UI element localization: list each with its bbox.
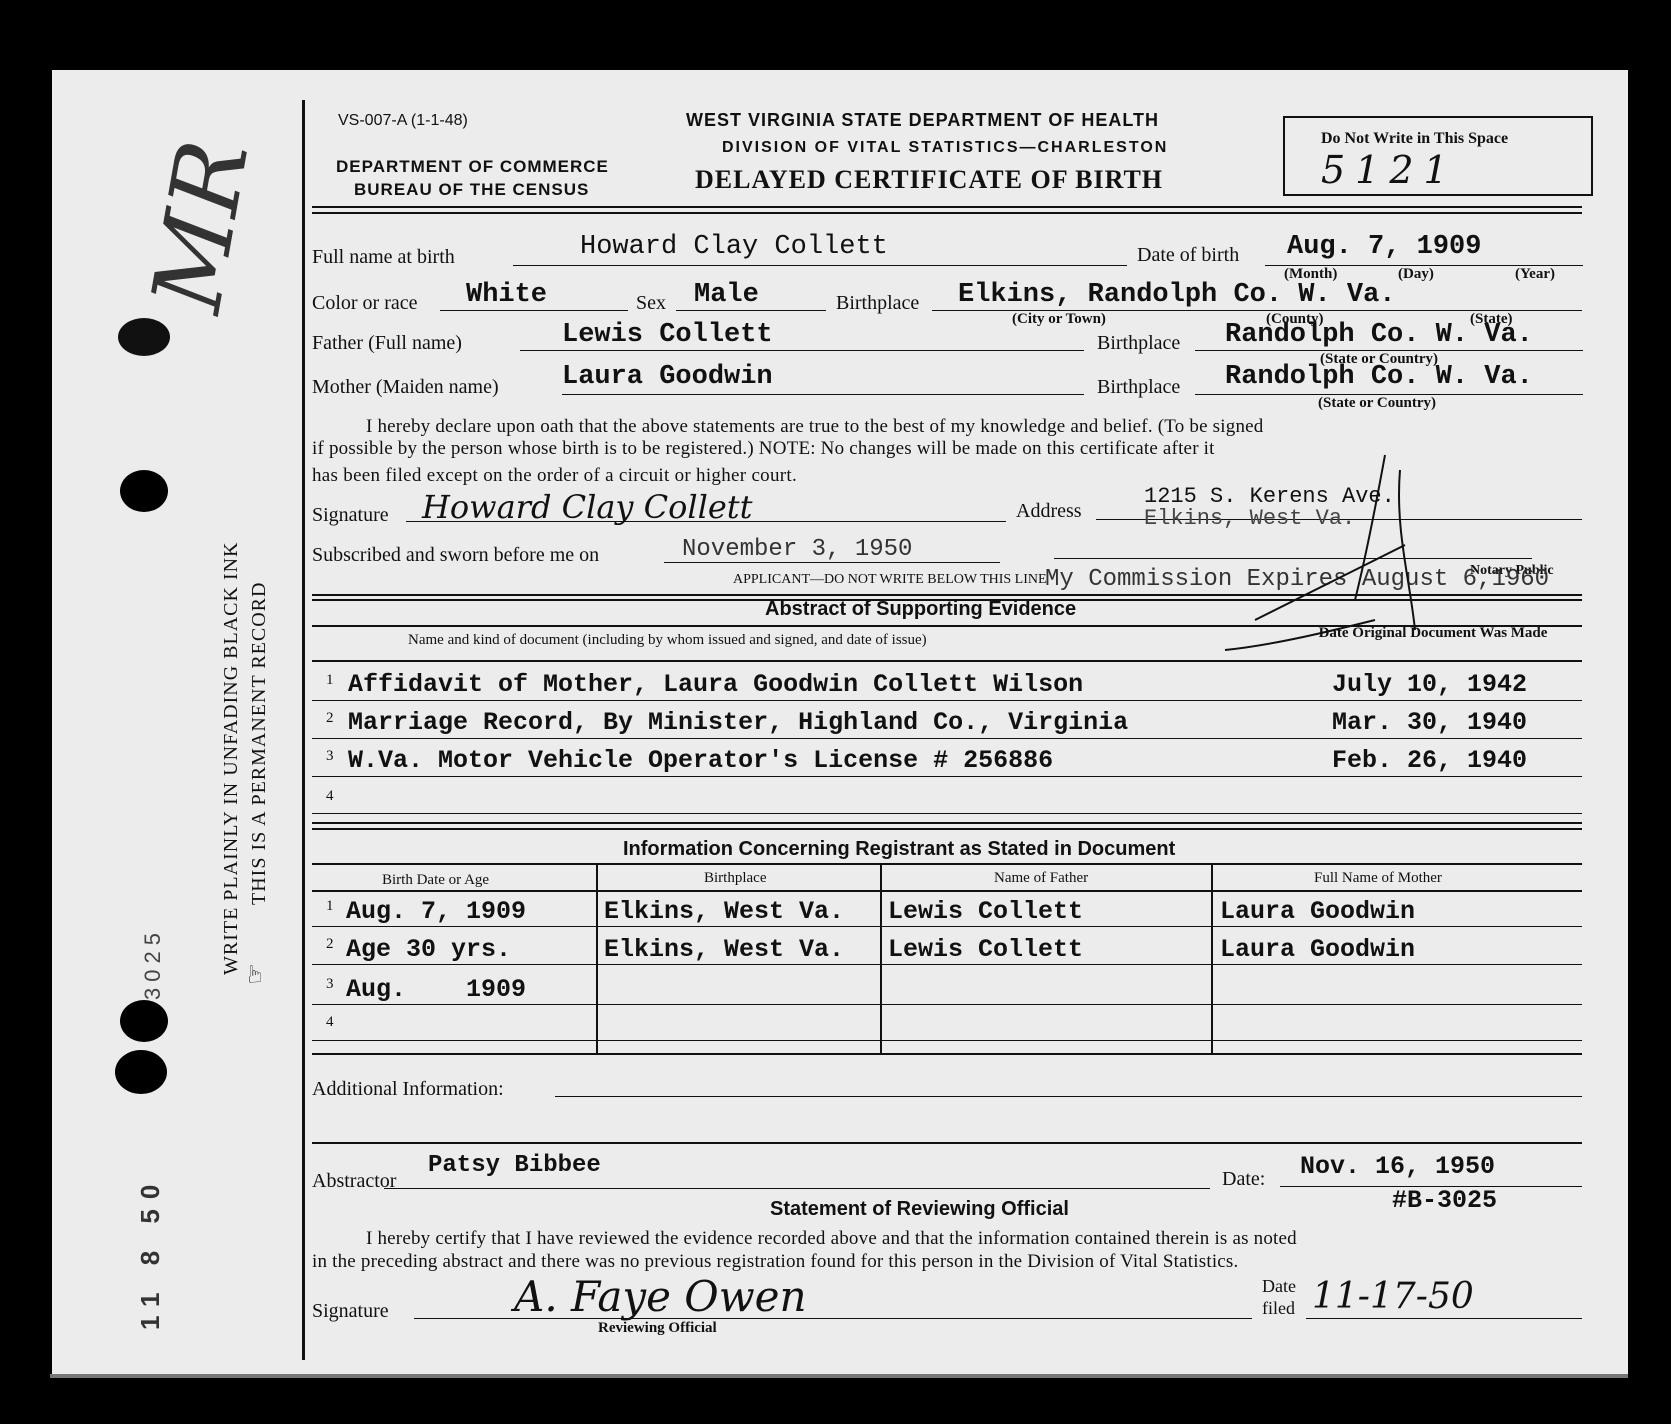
- full-name-underline: [513, 265, 1127, 266]
- mother-label: Mother (Maiden name): [312, 376, 499, 399]
- oath-line-3: has been filed except on the order of a …: [312, 465, 797, 487]
- evidence-row-divider: [312, 738, 1582, 739]
- office-use-label: Do Not Write in This Space: [1321, 130, 1508, 148]
- sworn-label: Subscribed and sworn before me on: [312, 544, 599, 567]
- instruction-ink: WRITE PLAINLY IN UNFADING BLACK INK: [220, 541, 243, 975]
- evidence-row-document[interactable]: Marriage Record, By Minister, Highland C…: [348, 708, 1128, 737]
- sworn-date[interactable]: November 3, 1950: [682, 536, 912, 563]
- info-row-divider: [312, 1040, 1582, 1041]
- birthplace-field[interactable]: Elkins, Randolph Co. W. Va.: [958, 280, 1395, 310]
- additional-info-label: Additional Information:: [312, 1078, 504, 1101]
- stamp-number-top: 3025: [140, 927, 166, 1000]
- date-filed-label-2: filed: [1262, 1298, 1295, 1319]
- info-title: Information Concerning Registrant as Sta…: [623, 838, 1175, 861]
- info-row-birth[interactable]: Aug. 1909: [346, 975, 526, 1004]
- info-col-birthplace: Birthplace: [704, 870, 766, 887]
- division-title: DIVISION OF VITAL STATISTICS—CHARLESTON: [722, 139, 1168, 157]
- race-field[interactable]: White: [466, 280, 547, 310]
- info-row-num: 4: [326, 1014, 334, 1031]
- info-bottom-rule: [312, 1053, 1582, 1055]
- info-row-father[interactable]: Lewis Collett: [888, 897, 1083, 926]
- reviewer-signature-label: Signature: [312, 1300, 389, 1323]
- punch-hole-4: [115, 1050, 167, 1094]
- abstractor-date-label: Date:: [1222, 1168, 1265, 1191]
- info-row-divider: [312, 1004, 1582, 1005]
- punch-hole-2: [120, 470, 168, 512]
- race-underline: [440, 310, 628, 311]
- header-rule-1: [312, 206, 1582, 208]
- evidence-col-date: Date Original Document Was Made: [1318, 626, 1548, 640]
- dob-field[interactable]: Aug. 7, 1909: [1287, 232, 1481, 262]
- evidence-row-date[interactable]: Feb. 26, 1940: [1332, 746, 1527, 775]
- review-text-line-1: I hereby certify that I have reviewed th…: [366, 1228, 1297, 1250]
- info-row-birthplace[interactable]: Elkins, West Va.: [604, 897, 844, 926]
- form-number: VS-007-A (1-1-48): [338, 112, 468, 130]
- evidence-col-rule: [312, 660, 1582, 662]
- info-row-mother[interactable]: Laura Goodwin: [1220, 935, 1415, 964]
- evidence-row-document[interactable]: Affidavit of Mother, Laura Goodwin Colle…: [348, 670, 1083, 699]
- address-label: Address: [1016, 500, 1082, 523]
- evidence-col-document: Name and kind of document (including by …: [408, 632, 927, 649]
- office-use-box: Do Not Write in This Space 5121: [1283, 116, 1593, 196]
- punch-hole-1: [118, 318, 170, 356]
- evidence-row-num: 3: [326, 748, 334, 765]
- additional-info-underline[interactable]: [555, 1096, 1582, 1097]
- info-header-rule: [312, 863, 1582, 865]
- info-col-birth: Birth Date or Age: [382, 872, 489, 889]
- punch-hole-3: [120, 1000, 168, 1042]
- evidence-row-divider: [312, 700, 1582, 701]
- bureau-census: BUREAU OF THE CENSUS: [354, 180, 589, 200]
- abstractor-label: Abstractor: [312, 1170, 396, 1193]
- info-row-divider: [312, 926, 1582, 927]
- info-row-divider: [312, 964, 1582, 965]
- page-title: DELAYED CERTIFICATE OF BIRTH: [695, 165, 1163, 195]
- paper-edge: [50, 1374, 1628, 1378]
- evidence-row-document[interactable]: W.Va. Motor Vehicle Operator's License #…: [348, 746, 1053, 775]
- reviewer-signature[interactable]: A. Faye Owen: [514, 1272, 807, 1321]
- pointing-hand-icon: ☞: [241, 963, 269, 985]
- info-row-birth[interactable]: Age 30 yrs.: [346, 935, 511, 964]
- oath-line-2: if possible by the person whose birth is…: [312, 438, 1215, 460]
- office-use-number: 5121: [1321, 148, 1458, 192]
- date-filed-underline: [1306, 1318, 1582, 1319]
- header-rule-2: [312, 212, 1582, 214]
- abstractor-underline: [384, 1188, 1210, 1189]
- stamp-number-bottom: 11 8 50: [135, 1175, 166, 1330]
- applicant-warning: APPLICANT—DO NOT WRITE BELOW THIS LINE: [733, 572, 1047, 588]
- mother-underline: [562, 394, 1084, 395]
- father-birthplace-label: Birthplace: [1097, 332, 1180, 355]
- abstractor-date[interactable]: Nov. 16, 1950: [1300, 1152, 1495, 1181]
- info-row-birthplace[interactable]: Elkins, West Va.: [604, 935, 844, 964]
- info-row-num: 3: [326, 976, 334, 993]
- sex-underline: [676, 310, 826, 311]
- info-col-father: Name of Father: [994, 870, 1088, 887]
- instruction-permanent: THIS IS A PERMANENT RECORD: [248, 582, 271, 905]
- evidence-row-divider: [312, 813, 1582, 814]
- evidence-row-num: 4: [326, 788, 334, 805]
- info-rule-2: [312, 828, 1582, 830]
- mother-birthplace-field[interactable]: Randolph Co. W. Va.: [1225, 362, 1533, 392]
- applicant-signature-label: Signature: [312, 504, 389, 527]
- evidence-row-num: 1: [326, 672, 334, 689]
- dob-label: Date of birth: [1137, 244, 1239, 267]
- city-label: (City or Town): [1012, 311, 1106, 328]
- dept-commerce: DEPARTMENT OF COMMERCE: [336, 157, 609, 177]
- father-label: Father (Full name): [312, 332, 462, 355]
- evidence-row-date[interactable]: Mar. 30, 1940: [1332, 708, 1527, 737]
- evidence-title: Abstract of Supporting Evidence: [765, 598, 1076, 621]
- reference-number: #B-3025: [1392, 1186, 1497, 1215]
- father-underline: [520, 350, 1084, 351]
- race-label: Color or race: [312, 292, 418, 315]
- state-dept-title: WEST VIRGINIA STATE DEPARTMENT OF HEALTH: [686, 110, 1159, 131]
- oath-line-1: I hereby declare upon oath that the abov…: [366, 416, 1263, 438]
- abstractor-name[interactable]: Patsy Bibbee: [428, 1152, 601, 1179]
- evidence-row-divider: [312, 776, 1582, 777]
- review-text-line-2: in the preceding abstract and there was …: [312, 1251, 1238, 1273]
- full-name-label: Full name at birth: [312, 246, 455, 269]
- info-rule-1: [312, 822, 1582, 824]
- full-name-field[interactable]: Howard Clay Collett: [580, 232, 888, 262]
- review-title: Statement of Reviewing Official: [770, 1198, 1069, 1221]
- date-filed-label-1: Date: [1262, 1276, 1296, 1297]
- date-filed[interactable]: 11-17-50: [1312, 1276, 1474, 1317]
- reviewer-sublabel: Reviewing Official: [598, 1320, 717, 1337]
- info-row-num: 2: [326, 936, 334, 953]
- mother-field[interactable]: Laura Goodwin: [562, 362, 773, 392]
- father-field[interactable]: Lewis Collett: [562, 320, 773, 350]
- margin-rule: [302, 100, 305, 1360]
- info-row-father[interactable]: Lewis Collett: [888, 935, 1083, 964]
- evidence-row-num: 2: [326, 710, 334, 727]
- dob-day-label: (Day): [1398, 266, 1434, 283]
- info-row-mother[interactable]: Laura Goodwin: [1220, 897, 1415, 926]
- birthplace-label: Birthplace: [836, 292, 919, 315]
- dob-year-label: (Year): [1515, 266, 1555, 283]
- applicant-signature[interactable]: Howard Clay Collett: [422, 488, 753, 526]
- additional-info-line-2[interactable]: [312, 1142, 1582, 1144]
- info-col-mother: Full Name of Mother: [1314, 870, 1442, 887]
- evidence-row-date[interactable]: July 10, 1942: [1332, 670, 1527, 699]
- sex-label: Sex: [636, 292, 666, 315]
- sex-field[interactable]: Male: [694, 280, 759, 310]
- mother-birthplace-label: Birthplace: [1097, 376, 1180, 399]
- info-row-num: 1: [326, 898, 334, 915]
- info-row-birth[interactable]: Aug. 7, 1909: [346, 897, 526, 926]
- info-col-rule: [312, 890, 1582, 892]
- evidence-rule-1: [312, 594, 1582, 596]
- father-birthplace-field[interactable]: Randolph Co. W. Va.: [1225, 320, 1533, 350]
- mother-bp-sublabel: (State or Country): [1318, 395, 1436, 412]
